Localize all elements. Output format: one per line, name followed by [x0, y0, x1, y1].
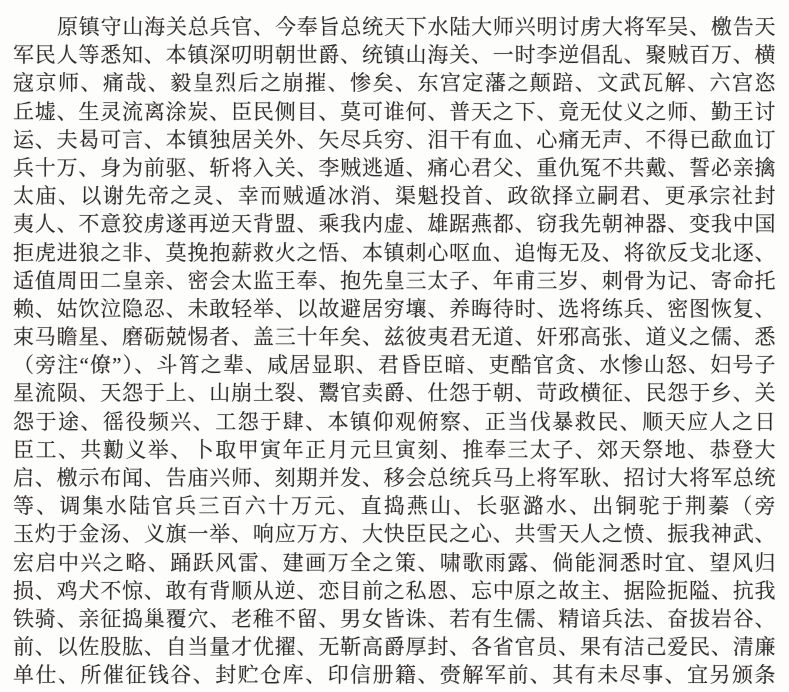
text-line: 太庙、以谢先帝之灵、幸而贼遁冰消、渠魁投首、政欲择立嗣君、更承宗社封藩、割地以谢 — [13, 182, 776, 210]
text-line: 铁骑、亲征捣巢覆穴、老稚不留、男女皆诛、若有生儒、精谙兵法、奋拔岩谷、不妨献策军 — [13, 605, 776, 633]
text-line: 适值周田二皇亲、密会太监王奉、抱先皇三太子、年甫三岁、刺骨为记、寄命托孤、宗社是 — [13, 267, 776, 295]
text-line: 束马瞻星、磨砺兢惕者、盖三十年矣、兹彼夷君无道、奸邪高张、道义之儒、悉处下辽 — [13, 323, 776, 351]
text-line: （旁注“僚”）、斗筲之辈、咸居显职、君昏臣暗、吏酷官贪、水惨山怒、妇号子泣、以致… — [13, 351, 776, 379]
text-line: 等、调集水陆官兵三百六十万元、直捣燕山、长驱潞水、出铜驼于荆蓁（旁注“棘”）、奠 — [13, 492, 776, 520]
text-line: 启、檄示布闻、告庙兴师、刻期并发、移会总统兵马上将军耿、招讨大将军总统使世子郑 — [13, 464, 776, 492]
text-line: 夷人、不意狡虏遂再逆天背盟、乘我内虚、雄踞燕都、窃我先朝神器、变我中国冠裳、方知 — [13, 210, 776, 238]
text-line: 臣工、共勷义举、卜取甲寅年正月元旦寅刻、推奉三太子、郊天祭地、恭登大宝、建元周 — [13, 436, 776, 464]
text-line: 寇京师、痛哉、毅皇烈后之崩摧、惨矣、东宫定藩之颠踣、文武瓦解、六宫恣乱、宗庙瞬息 — [13, 69, 776, 97]
text-line: 丘墟、生灵流离涂炭、臣民侧目、莫可谁何、普天之下、竟无仗义之师、勤王讨贼、伤哉国 — [13, 98, 776, 126]
text-line: 拒虎进狼之非、莫挽抱薪救火之悟、本镇刺心呕血、追悔无及、将欲反戈北逐、扫荡腥气、 — [13, 239, 776, 267]
text-line: 军民人等悉知、本镇深叨明朝世爵、统镇山海关、一时李逆倡乱、聚贼百万、横行天下、旋 — [13, 41, 776, 69]
text-line: 赖、姑饮泣隐忍、未敢轻举、以故避居穷壤、养晦待时、选将练兵、密图恢复、枕戈听漏、 — [13, 295, 776, 323]
proclamation-text-block: 原镇守山海关总兵官、今奉旨总统天下水陆大师兴明讨虏大将军吴、檄告天下文武官吏 军… — [13, 13, 776, 690]
text-line: 损、鸡犬不惊、敢有背顺从逆、恋目前之私恩、忘中原之故主、据险扼隘、抗我王师，即督 — [13, 577, 776, 605]
text-line: 玉灼于金汤、义旗一举、响应万方、大快臣民之心、共雪天人之愤、振我神武、剪彼臊氛、 — [13, 520, 776, 548]
scanned-document-page: 原镇守山海关总兵官、今奉旨总统天下水陆大师兴明讨虏大将军吴、檄告天下文武官吏 军… — [0, 0, 789, 692]
text-line: 兵十万、身为前驱、斩将入关、李贼逃遁、痛心君父、重仇冤不共戴、誓必亲擒贼帅、斩首 — [13, 154, 776, 182]
text-line: 宏启中兴之略、踊跃风雷、建画万全之策、啸歌雨露、倘能洞悉时宜、望风归顺、则草木不 — [13, 549, 776, 577]
text-line: 运、夫曷可言、本镇独居关外、矢尽兵穷、泪干有血、心痛无声、不得已歃血订盟、暂借夷 — [13, 126, 776, 154]
text-line: 前、以佐股肱、自当量才优擢、无靳高爵厚封、各省官员、果有洁己爱民、清廉素著者、仍 — [13, 633, 776, 661]
text-line: 星流陨、天怨于上、山崩土裂、鬻官卖爵、仕怨于朝、苛政横征、民怨于乡、关税重征、商 — [13, 379, 776, 407]
text-line: 单仕、所催征钱谷、封贮仓库、印信册籍、赍解军前、其有未尽事、宜另颁条约、各宜凛遵 — [13, 661, 776, 689]
text-line: 怨于途、徭役频兴、工怨于肆、本镇仰观俯察、正当伐暴救民、顺天应人之日也、爰率文武 — [13, 408, 776, 436]
text-line: 原镇守山海关总兵官、今奉旨总统天下水陆大师兴明讨虏大将军吴、檄告天下文武官吏 — [13, 13, 776, 41]
